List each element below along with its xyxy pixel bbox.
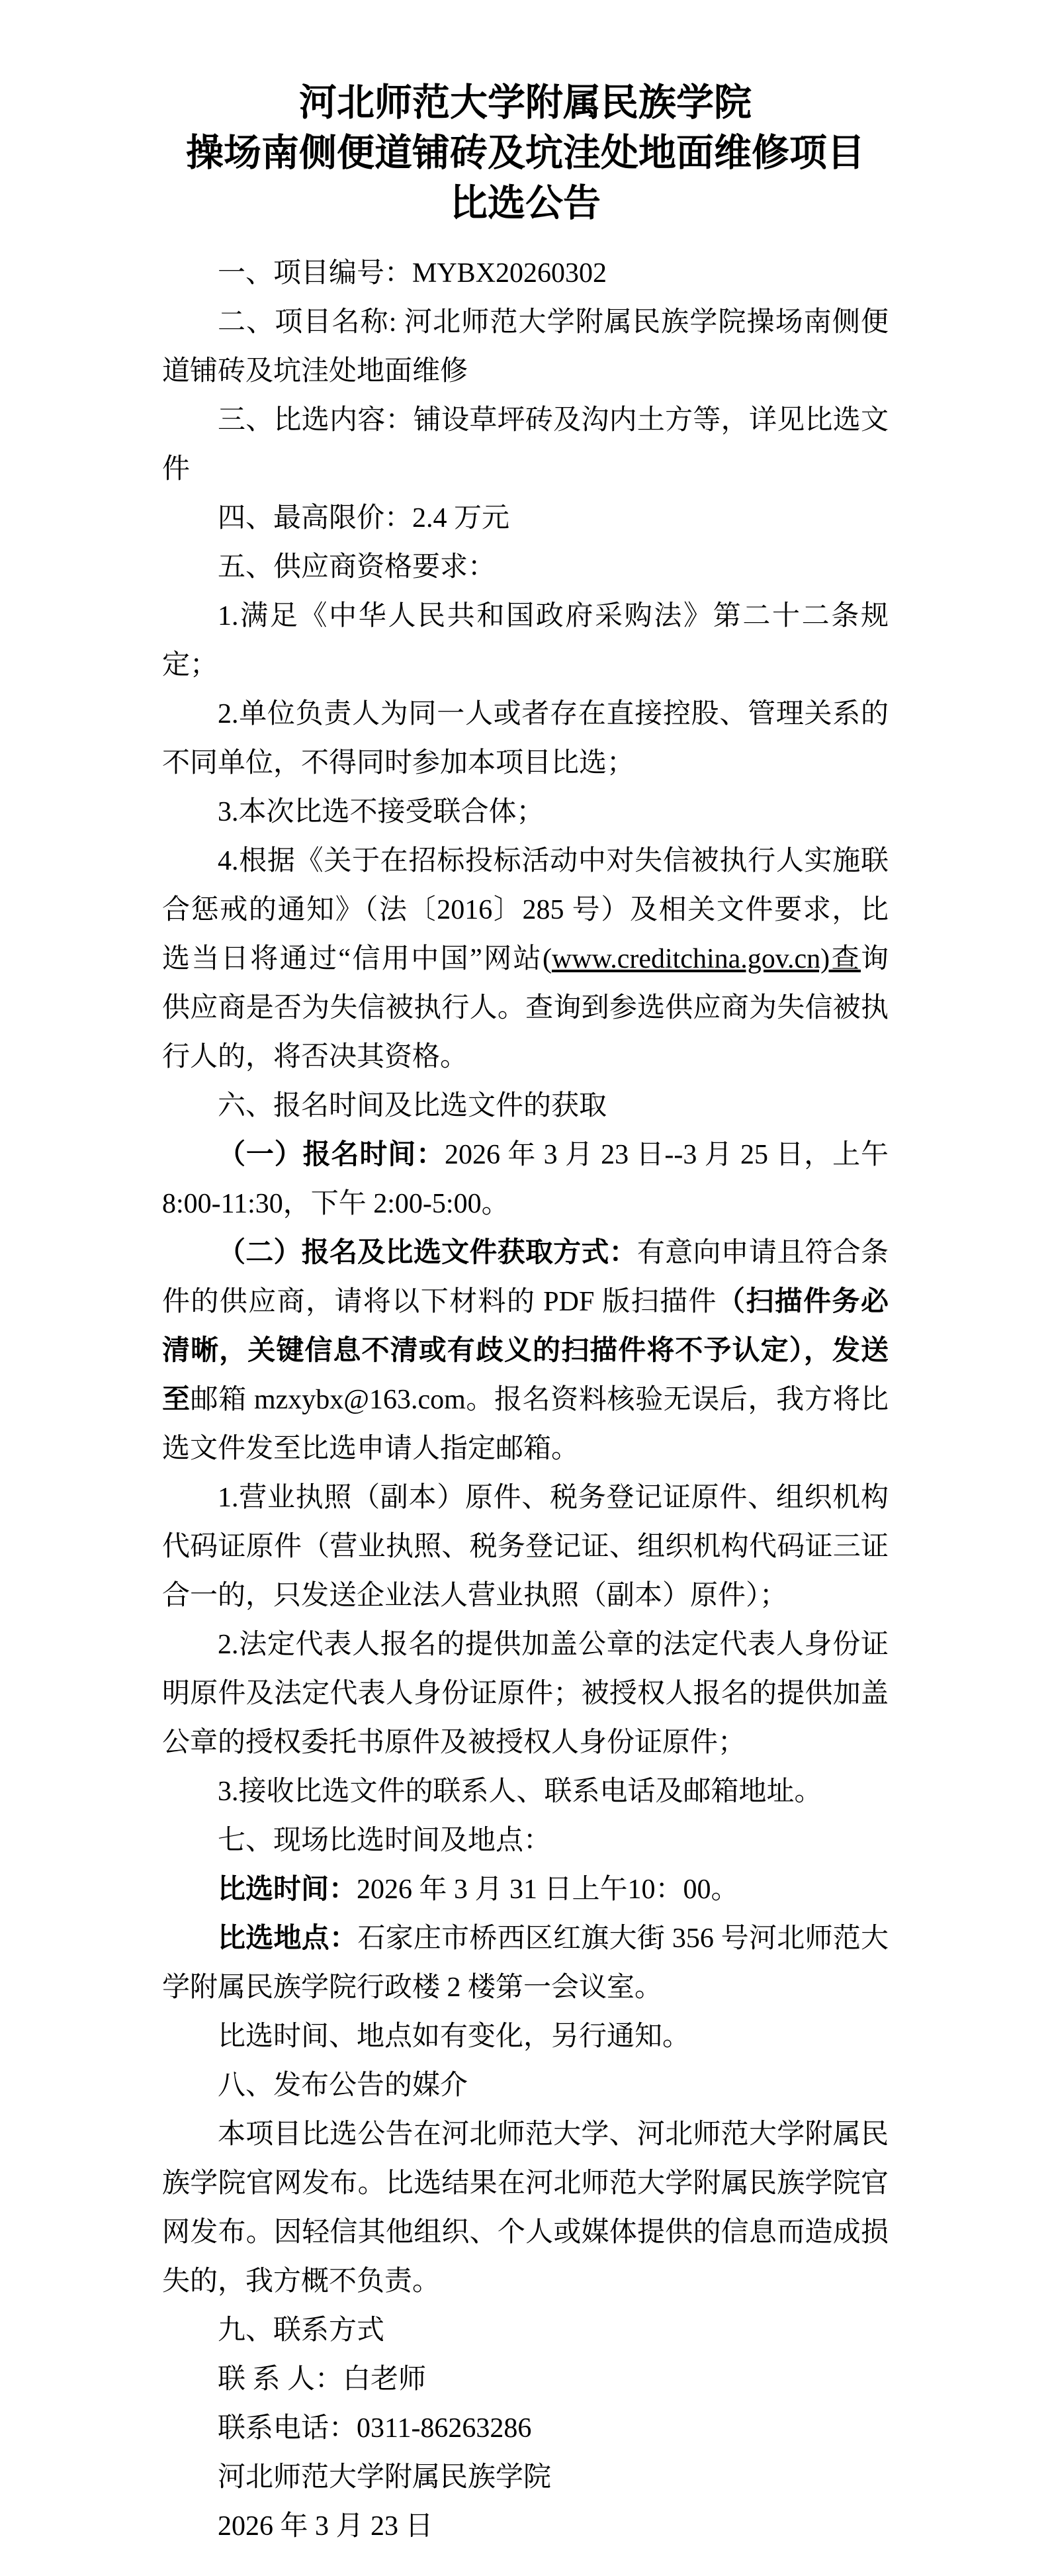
para-section-7-heading: 七、现场比选时间及地点： — [162, 1816, 889, 1865]
para-requirement-4: 4.根据《关于在招标投标活动中对失信被执行人实施联合惩戒的通知》（法〔2016〕… — [162, 837, 889, 1081]
document-body: 一、项目编号：MYBX20260302 二、项目名称: 河北师范大学附属民族学院… — [162, 249, 889, 2551]
para-change-notice: 比选时间、地点如有变化，另行通知。 — [162, 2012, 889, 2061]
para-signup-method: （二）报名及比选文件获取方式：有意向申请且符合条件的供应商，请将以下材料的 PD… — [162, 1228, 889, 1473]
para-material-1: 1.营业执照（副本）原件、税务登记证原件、组织机构代码证原件（营业执照、税务登记… — [162, 1473, 889, 1620]
para-requirement-3: 3.本次比选不接受联合体； — [162, 788, 889, 837]
para-comparison-place: 比选地点：石家庄市桥西区红旗大街 356 号河北师范大学附属民族学院行政楼 2 … — [162, 1914, 889, 2012]
para-project-number: 一、项目编号：MYBX20260302 — [162, 249, 889, 298]
para-project-name: 二、项目名称: 河北师范大学附属民族学院操场南侧便道铺砖及坑洼处地面维修 — [162, 298, 889, 396]
para-contact-person: 联 系 人：白老师 — [162, 2355, 889, 2404]
para-signup-time: （一）报名时间：2026 年 3 月 23 日--3 月 25 日，上午 8:0… — [162, 1130, 889, 1228]
para-section-9-heading: 九、联系方式 — [162, 2306, 889, 2355]
para-price-cap: 四、最高限价：2.4 万元 — [162, 494, 889, 543]
announcement-document: 河北师范大学附属民族学院 操场南侧便道铺砖及坑洼处地面维修项目 比选公告 一、项… — [0, 0, 1050, 2576]
para-publication-media: 本项目比选公告在河北师范大学、河北师范大学附属民族学院官网发布。比选结果在河北师… — [162, 2110, 889, 2306]
title-line-project: 操场南侧便道铺砖及坑洼处地面维修项目 — [162, 128, 889, 179]
para-supplier-requirements-heading: 五、供应商资格要求： — [162, 543, 889, 592]
para-section-8-heading: 八、发布公告的媒介 — [162, 2061, 889, 2110]
para-material-3: 3.接收比选文件的联系人、联系电话及邮箱地址。 — [162, 1767, 889, 1816]
para-requirement-2: 2.单位负责人为同一人或者存在直接控股、管理关系的不同单位，不得同时参加本项目比… — [162, 690, 889, 788]
page-title: 河北师范大学附属民族学院 操场南侧便道铺砖及坑洼处地面维修项目 比选公告 — [162, 78, 889, 229]
signup-method-text-2: 邮箱 mzxybx@163.com。报名资料核验无误后，我方将比选文件发至比选申… — [162, 1385, 889, 1464]
para-material-2: 2.法定代表人报名的提供加盖公章的法定代表人身份证明原件及法定代表人身份证原件；… — [162, 1620, 889, 1767]
title-line-type: 比选公告 — [162, 179, 889, 229]
para-section-6-heading: 六、报名时间及比选文件的获取 — [162, 1081, 889, 1130]
title-line-org: 河北师范大学附属民族学院 — [162, 78, 889, 128]
comparison-time-label: 比选时间： — [218, 1874, 357, 1905]
signature-org: 河北师范大学附属民族学院 — [162, 2453, 889, 2502]
signup-method-label: （二）报名及比选文件获取方式： — [218, 1238, 637, 1268]
para-requirement-1: 1.满足《中华人民共和国政府采购法》第二十二条规定； — [162, 592, 889, 690]
creditchina-url: www.creditchina.gov.cn)查 — [552, 944, 861, 974]
para-comparison-content: 三、比选内容：铺设草坪砖及沟内土方等，详见比选文件 — [162, 396, 889, 494]
para-comparison-time: 比选时间：2026 年 3 月 31 日上午10：00。 — [162, 1865, 889, 1914]
comparison-time-value: 2026 年 3 月 31 日上午10：00。 — [357, 1874, 739, 1905]
signature-date: 2026 年 3 月 23 日 — [162, 2502, 889, 2551]
para-contact-phone: 联系电话：0311-86263286 — [162, 2404, 889, 2453]
comparison-place-label: 比选地点： — [218, 1923, 357, 1954]
signup-time-label: （一）报名时间： — [218, 1140, 445, 1170]
